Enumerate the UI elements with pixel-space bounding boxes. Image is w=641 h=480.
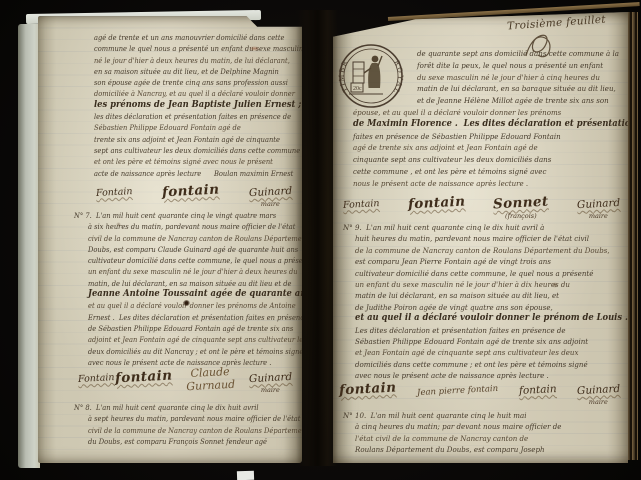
manuscript-line: Sébastien Philippe Edouard Fontain agé d…	[355, 336, 605, 347]
manuscript-line: N° 9. L'an mil huit cent quarante cinq l…	[343, 222, 604, 233]
signature-name: Fontain	[343, 198, 380, 211]
manuscript-line: Ernest . Les dites déclaration et présen…	[88, 312, 285, 323]
signature: Guinard maire	[577, 378, 620, 406]
signature: Fontain	[78, 366, 115, 385]
signature-subtitle: maire	[577, 398, 620, 406]
manuscript-line: adjoint et Jean Fontain agé de cinquante…	[88, 334, 285, 345]
manuscript-line: sept ans cultivateur les deux domiciliés…	[94, 145, 286, 156]
signature-name: Guinard	[576, 197, 620, 211]
manuscript-line: trente six ans adjoint et Jean Fontain a…	[94, 134, 286, 145]
manuscript-line: huit heures du matin, pardevant nous mai…	[355, 233, 605, 244]
signature: Fontain	[96, 180, 133, 199]
manuscript-line: et au quel il a déclaré vouloir donner l…	[355, 313, 605, 324]
signature-subtitle: maire	[249, 386, 292, 394]
manuscript-line: domiciliée à Nancray, et au quel il a dé…	[94, 88, 286, 99]
signature-row: fontain Jean pierre fontain fontain Guin…	[339, 378, 620, 406]
manuscript-line: agé de trente et un ans manouvrier domic…	[94, 32, 286, 43]
signature: Guinard maire	[249, 366, 292, 394]
stacked-page-edge-left	[18, 24, 40, 468]
manuscript-line: les prénoms de Jean Baptiste Julien Erne…	[94, 100, 286, 111]
act-entry-8: N° 8. L'an mil huit cent quarante cinq l…	[38, 402, 300, 447]
book-gutter-shadow	[296, 10, 338, 466]
signature-name: fontain	[518, 383, 556, 397]
manuscript-line: et de Jeanne Hélène Millot agée de trent…	[417, 95, 610, 107]
manuscript-line: acte de naissance après lecture Boulan m…	[94, 168, 286, 179]
manuscript-line: N° 8. L'an mil huit cent quarante cinq l…	[74, 402, 284, 413]
manuscript-line: deux domiciliés au dit Nancray ; et ont …	[88, 346, 285, 357]
signature-name: Claude Gurnaud	[171, 364, 249, 394]
manuscript-line: domiciliés dans cette commune ; et ont l…	[355, 359, 605, 370]
manuscript-line: et ont les père et témoins signé avec no…	[94, 156, 286, 167]
manuscript-line: son épouse agée de trente cinq ans sans …	[94, 77, 286, 88]
signature-name: fontain	[407, 194, 465, 213]
manuscript-line: les dites déclaration et présentation fa…	[94, 111, 286, 122]
manuscript-line: Sébastien Philippe Edouard Fontain agé d…	[94, 122, 286, 133]
signature: fontain	[519, 378, 557, 397]
signature-name: Guinard	[248, 371, 292, 385]
signature: Fontain	[343, 192, 380, 211]
manuscript-line: du Doubs, est comparu François Sonnet fe…	[88, 436, 285, 447]
manuscript-line: l'état civil de la commune de Nancray ca…	[355, 433, 605, 444]
paraph-flourish-icon	[518, 28, 566, 60]
signature-name: fontain	[162, 182, 220, 201]
manuscript-line: N° 7. L'an mil huit cent quarante cinq l…	[74, 210, 284, 221]
manuscript-line: de Maximin Florence . Les dites déclarat…	[353, 119, 605, 131]
signature-row: Fontain fontain Sonnet (françois) Guinar…	[343, 192, 620, 220]
manuscript-line: et Jean Fontain agé de cinquante sept an…	[355, 347, 605, 358]
page-corner-sliver-bottom	[237, 471, 254, 480]
signature: Guinard maire	[249, 180, 292, 208]
manuscript-line: commune le quel nous a présenté un enfan…	[94, 43, 286, 54]
manuscript-line: Roulans Département du Doubs, est compar…	[355, 444, 605, 455]
act-entry-7: N° 7. L'an mil huit cent quarante cinq l…	[38, 210, 300, 368]
signature-row: Fontain fontain Claude Gurnaud Guinard m…	[78, 366, 292, 394]
manuscript-line: faites en présence de Sébastien Philippe…	[353, 131, 605, 143]
stacked-page-edges-right	[627, 12, 638, 460]
manuscript-line: Doubs, est comparu Claude Guinard agé de…	[88, 244, 285, 255]
signature: fontain	[162, 180, 219, 199]
act8-continuation-block: de quarante sept ans domicilié dans cett…	[339, 48, 624, 190]
signature-name: Guinard	[248, 185, 292, 199]
manuscript-line: né le jour d'hier à deux heures du matin…	[94, 55, 286, 66]
manuscript-line: un enfant du sexe masculin né le jour d'…	[88, 266, 285, 277]
act-entry-9: N° 9. L'an mil huit cent quarante cinq l…	[339, 222, 624, 382]
signature-name: fontain	[114, 368, 172, 387]
signature: Guinard maire	[577, 192, 620, 220]
manuscript-line: est comparu Jean Pierre Fontain agé de v…	[355, 256, 605, 267]
signature: fontain	[115, 366, 172, 385]
signature-subtitle: maire	[577, 212, 620, 220]
manuscript-line: de Sébastien Philippe Edouard Fontain ag…	[88, 323, 285, 334]
manuscript-line: agé de trente six ans adjoint et Jean Fo…	[353, 142, 605, 154]
manuscript-line: cultivateur domicilié dans cette commune…	[88, 255, 285, 266]
manuscript-line: du sexe masculin né le jour d'hier à cin…	[417, 72, 610, 84]
manuscript-line: nous le présent acte de naissance après …	[353, 178, 605, 190]
left-page: agé de trente et un ans manouvrier domic…	[38, 16, 302, 463]
manuscript-line: de quarante sept ans domicilié dans cett…	[417, 48, 610, 60]
act-entry-10: N° 10. L'an mil huit cent quarante cinq …	[339, 410, 624, 456]
scanned-register-spread: { "colors":{"paper":"#d2cbb6","ink":"#45…	[0, 0, 641, 480]
manuscript-line: cette commune , et ont les père et témoi…	[353, 166, 605, 178]
manuscript-line: civil de la commune de Nancray canton de…	[88, 233, 285, 244]
signature-subtitle: maire	[249, 200, 292, 208]
manuscript-line: de Judithe Poiron agée de vingt quatre a…	[355, 302, 605, 313]
signature-subtitle: (françois)	[493, 212, 549, 220]
manuscript-line: à sept heures du matin, pardevant nous m…	[88, 413, 285, 424]
signature: Sonnet (françois)	[493, 192, 549, 220]
signature: Claude Gurnaud	[172, 366, 249, 393]
manuscript-line: matin de lui déclarant, en sa maison sit…	[355, 290, 605, 301]
signature-name: Fontain	[78, 372, 115, 385]
manuscript-line: N° 10. L'an mil huit cent quarante cinq …	[343, 410, 604, 421]
manuscript-line: à six heures du matin, pardevant nous ma…	[88, 221, 285, 232]
signature-name: Jean pierre fontain	[417, 384, 499, 398]
signature-row: Fontain fontain Guinard maire	[96, 180, 292, 208]
manuscript-line: matin, de lui déclarant, en sa maison si…	[88, 278, 285, 289]
signature-name: fontain	[339, 380, 397, 399]
manuscript-line: forêt dite la peux, le quel nous a prése…	[417, 60, 610, 72]
manuscript-line: civil de la commune de Nancray canton de…	[88, 425, 285, 436]
manuscript-line: à cinq heures du matin; par devant nous …	[355, 421, 605, 432]
manuscript-line: cinquante sept ans cultivateur les deux …	[353, 154, 605, 166]
right-page: Troisième feuillet TIMBRE ROYAL 20c de q…	[333, 12, 628, 463]
manuscript-line: cultivateur domicilié dans cette commune…	[355, 268, 605, 279]
manuscript-line: et au quel il a déclaré vouloir donner l…	[88, 300, 285, 311]
manuscript-line: Jeanne Antoine Toussaint agée de quarant…	[88, 289, 285, 300]
signature: fontain	[339, 378, 396, 397]
signature: fontain	[408, 192, 465, 211]
manuscript-line: épouse, et au quel il a déclaré vouloir …	[353, 107, 605, 119]
signature: Jean pierre fontain	[417, 378, 498, 397]
signature-name: Fontain	[96, 186, 133, 199]
signature-name: Sonnet	[493, 194, 549, 213]
act6-continuation-block: agé de trente et un ans manouvrier domic…	[38, 32, 300, 179]
manuscript-line: matin de lui déclarant, en sa baraque si…	[417, 83, 610, 95]
manuscript-line: un enfant du sexe masculin né le jour d'…	[355, 279, 605, 290]
manuscript-line: de la commune de Nancray canton de Roula…	[355, 245, 605, 256]
manuscript-line: Les dites déclaration et présentation fa…	[355, 325, 605, 336]
manuscript-line: en sa maison située au dit lieu, et de D…	[94, 66, 286, 77]
signature-name: Guinard	[576, 383, 620, 397]
